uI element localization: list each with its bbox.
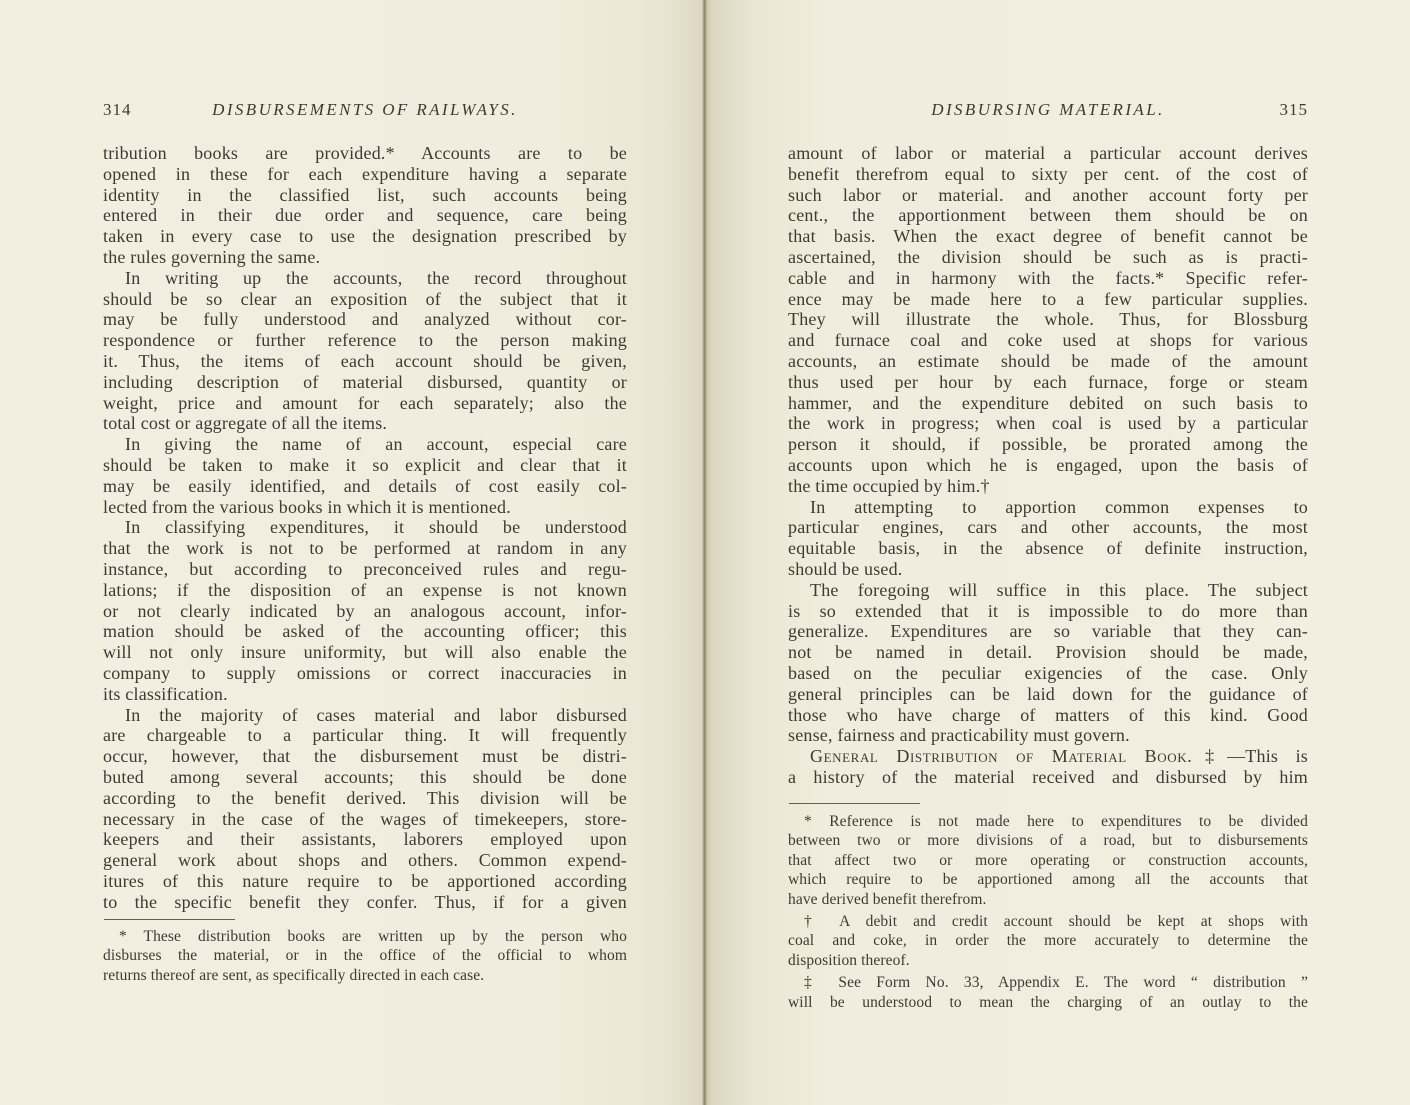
page-number-right: 315 xyxy=(788,100,1308,120)
text-line: necessary in the case of the wages of ti… xyxy=(103,809,627,830)
text-line: according to the benefit derived. This d… xyxy=(103,788,627,809)
text-line: those who have charge of matters of this… xyxy=(788,705,1308,726)
text-line: which require to be apportioned among al… xyxy=(788,870,1308,889)
text-line: tribution books are provided.* Accounts … xyxy=(103,143,627,164)
running-head-left-wrap: DISBURSEMENTS OF RAILWAYS. xyxy=(103,100,627,122)
text-line: and furnace coal and coke used at shops … xyxy=(788,330,1308,351)
text-line: accounts upon which he is engaged, upon … xyxy=(788,455,1308,476)
text-line: In classifying expenditures, it should b… xyxy=(103,517,627,538)
text-line: respondence or further reference to the … xyxy=(103,330,627,351)
text-line: general principles can be laid down for … xyxy=(788,684,1308,705)
text-line: In giving the name of an account, especi… xyxy=(103,434,627,455)
text-line: the work in progress; when coal is used … xyxy=(788,413,1308,434)
footnotes-left: * These distribution books are written u… xyxy=(103,927,627,985)
text-line: equitable basis, in the absence of defin… xyxy=(788,538,1308,559)
text-line: may be fully understood and analyzed wit… xyxy=(103,309,627,330)
text-line: The foregoing will suffice in this place… xyxy=(788,580,1308,601)
text-segment: ‡—This is xyxy=(1192,746,1308,766)
body-text-right: amount of labor or material a particular… xyxy=(788,143,1308,788)
text-line: sense, fairness and practicability must … xyxy=(788,725,1308,746)
text-line: that affect two or more operating or con… xyxy=(788,851,1308,870)
text-line: will be understood to mean the charging … xyxy=(788,993,1308,1012)
text-line: weight, price and amount for each separa… xyxy=(103,393,627,414)
text-line: to the specific benefit they confer. Thu… xyxy=(103,892,627,913)
text-line: entered in their due order and sequence,… xyxy=(103,205,627,226)
text-line: In attempting to apportion common expens… xyxy=(788,497,1308,518)
text-line: have derived benefit therefrom. xyxy=(788,890,1308,909)
text-line: not be named in detail. Provision should… xyxy=(788,642,1308,663)
text-line: general work about shops and others. Com… xyxy=(103,850,627,871)
text-line: returns thereof are sent, as specificall… xyxy=(103,966,627,985)
text-line: cable and in harmony with the facts.* Sp… xyxy=(788,268,1308,289)
text-line: disposition thereof. xyxy=(788,951,1308,970)
book-spread: 314 DISBURSEMENTS OF RAILWAYS. DISBURSIN… xyxy=(0,0,1410,1105)
footnotes-right: * Reference is not made here to expendit… xyxy=(788,812,1308,1012)
body-text-left: tribution books are provided.* Accounts … xyxy=(103,143,627,912)
text-line: buted among several accounts; this shoul… xyxy=(103,767,627,788)
small-caps-heading: General Distribution of Material Book. xyxy=(810,746,1192,766)
text-line: should be taken to make it so explicit a… xyxy=(103,455,627,476)
text-line: hammer, and the expenditure debited on s… xyxy=(788,393,1308,414)
text-line: that the work is not to be performed at … xyxy=(103,538,627,559)
text-line: may be easily identified, and details of… xyxy=(103,476,627,497)
text-line: amount of labor or material a particular… xyxy=(788,143,1308,164)
text-line: are chargeable to a particular thing. It… xyxy=(103,725,627,746)
text-line: based on the peculiar exigencies of the … xyxy=(788,663,1308,684)
text-line: should be used. xyxy=(788,559,1308,580)
text-line: ‡ See Form No. 33, Appendix E. The word … xyxy=(788,973,1308,992)
text-line: itures of this nature require to be appo… xyxy=(103,871,627,892)
text-line: the rules governing the same. xyxy=(103,247,627,268)
text-line: including description of material disbur… xyxy=(103,372,627,393)
text-line: * These distribution books are written u… xyxy=(103,927,627,946)
text-line: † A debit and credit account should be k… xyxy=(788,912,1308,931)
text-line: it. Thus, the items of each account shou… xyxy=(103,351,627,372)
gutter-shadow xyxy=(702,0,707,1105)
text-line: total cost or aggregate of all the items… xyxy=(103,413,627,434)
text-line: coal and coke, in order the more accurat… xyxy=(788,931,1308,950)
text-line: that basis. When the exact degree of ben… xyxy=(788,226,1308,247)
text-line: the time occupied by him.† xyxy=(788,476,1308,497)
text-line: is so extended that it is impossible to … xyxy=(788,601,1308,622)
text-line: occur, however, that the disbursement mu… xyxy=(103,746,627,767)
text-line: In writing up the accounts, the record t… xyxy=(103,268,627,289)
text-line: a history of the material received and d… xyxy=(788,767,1308,788)
text-line: ence may be made here to a few particula… xyxy=(788,289,1308,310)
text-line: will not only insure uniformity, but wil… xyxy=(103,642,627,663)
text-line: They will illustrate the whole. Thus, fo… xyxy=(788,309,1308,330)
text-line: benefit therefrom equal to sixty per cen… xyxy=(788,164,1308,185)
text-line: opened in these for each expenditure hav… xyxy=(103,164,627,185)
text-line: keepers and their assistants, laborers e… xyxy=(103,829,627,850)
text-line: should be so clear an exposition of the … xyxy=(103,289,627,310)
text-line: its classification. xyxy=(103,684,627,705)
text-line: lations; if the disposition of an expens… xyxy=(103,580,627,601)
text-line: identity in the classified list, such ac… xyxy=(103,185,627,206)
text-line: person it should, if possible, be prorat… xyxy=(788,434,1308,455)
text-line: such labor or material. and another acco… xyxy=(788,185,1308,206)
text-line: disburses the material, or in the office… xyxy=(103,946,627,965)
text-line: * Reference is not made here to expendit… xyxy=(788,812,1308,831)
footnote-rule-left xyxy=(104,919,235,920)
running-head-left: DISBURSEMENTS OF RAILWAYS. xyxy=(103,100,627,120)
text-line: generalize. Expenditures are so variable… xyxy=(788,621,1308,642)
text-line: instance, but according to preconceived … xyxy=(103,559,627,580)
text-line: lected from the various books in which i… xyxy=(103,497,627,518)
text-line: thus used per hour by each furnace, forg… xyxy=(788,372,1308,393)
text-line: General Distribution of Material Book.‡—… xyxy=(788,746,1308,767)
text-line: taken in every case to use the designati… xyxy=(103,226,627,247)
text-line: mation should be asked of the accounting… xyxy=(103,621,627,642)
text-line: ascertained, the division should be such… xyxy=(788,247,1308,268)
text-line: particular engines, cars and other accou… xyxy=(788,517,1308,538)
text-line: cent., the apportionment between them sh… xyxy=(788,205,1308,226)
footnote-rule-right xyxy=(789,803,920,804)
text-line: or not clearly indicated by an analogous… xyxy=(103,601,627,622)
text-line: company to supply omissions or correct i… xyxy=(103,663,627,684)
text-line: In the majority of cases material and la… xyxy=(103,705,627,726)
text-line: accounts, an estimate should be made of … xyxy=(788,351,1308,372)
text-line: between two or more divisions of a road,… xyxy=(788,831,1308,850)
